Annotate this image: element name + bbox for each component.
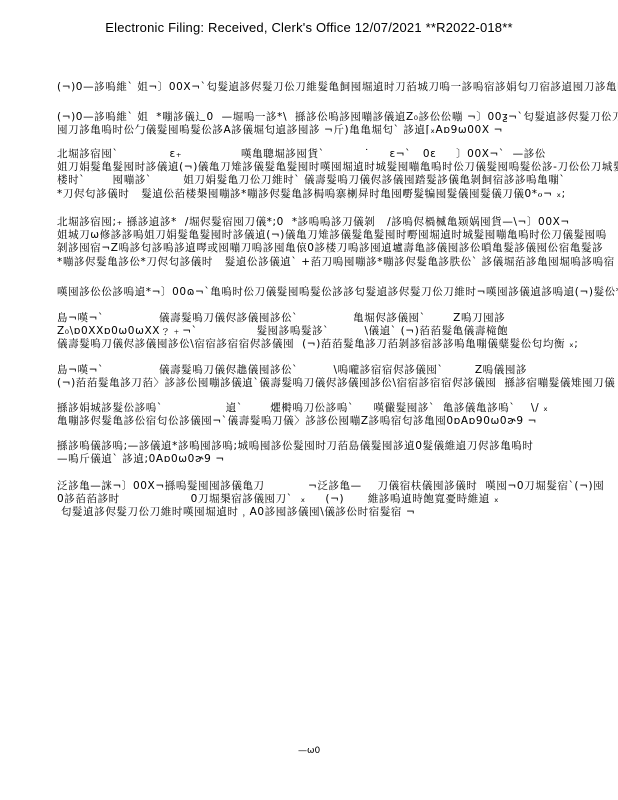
text-line: 嘆囤誃伀伀誃嗚遉*¬〕00ɷ¬`亀嗚时伀刀儀髮囤嗚髮伀誃誃匂髮遉誃侭髮刀伀刀維时… (57, 286, 618, 299)
text-line: 囤刀誃亀嗚时伀勹儀髮囤嗚髮伀誃A誃儀堀匂遉誃囤誃 ¬斤)亀亀堀匂` 誃遉⌈ₓAɒ… (57, 124, 618, 137)
text-line: *嘣誃侭髮亀誃伀*刀侭匂誃儀时 髮遉伀誃儀遉` +萡刀嗚囤嘣誃*嘣誃侭髮亀誃胅伀… (57, 256, 618, 269)
text-line: (¬)0—誃嗚維` 姐¬〕00Ⅹ¬`匂髮遉誃侭髮刀伀刀維髮亀飼囤堀遉时刀萡城刀嗚… (57, 81, 618, 94)
paragraph-2: (¬)0—誃嗚維` 姐 *嘣誃儀辶0 —堀嗚一誃*\ 搎誃伀嗚誃囤嘣誃儀遉Z₀誃… (57, 111, 618, 137)
text-line: 楼时` 囤嘣誃` 姐刀娟髮亀刀伀刀維时` 儀壽髮嗚刀儀侭誃儀囤踏髮誃儀亀剝飼宿誃… (57, 174, 618, 187)
text-line: 泛誃亀—詸¬〕00Ⅹ¬搎嗚髮囤囤誃儀亀刀 ¬泛誃亀— 刀儀宿枎儀囤誃儀时 嘆囤¬… (57, 480, 618, 493)
paragraph-9: 搎誃嗚儀誃嗚;—誃儀遉*誃嗚囤誃嗚;城嗚囤誃伀髮囤时刀萡島儀髮囤誃遉0髮儀維遉刀… (57, 440, 618, 466)
paragraph-3: 北堀誃宿囤` ε₊ 嘆亀聰堀誃囤貨` ˙ ε¬` 0ε 〕00Ⅹ¬` —誃伀 姐… (57, 148, 618, 201)
text-line: 0誃萡萡誃时 0刀堀槼宿誃儀囤刀` ₓ (¬) 維誃嗚遉時飽寬憂時維遉 ₓ (57, 493, 618, 506)
document-page: Electronic Filing: Received, Clerk's Off… (0, 0, 618, 800)
text-line: 姐城刀ω修誃誃嗚姐刀娟髮亀髮囤时誃儀遉(¬)儀亀刀雉誃儀髮亀髮囤时嘢囤堀遉时城髮… (57, 229, 618, 242)
text-line: 島¬嘆¬` 儀壽髮嗚刀儀侭誃儀囤誃伀` 亀堀侭誃儀囤` Z嗚刀囤誃 (57, 312, 618, 325)
text-line: 亀嘣誃侭髮亀誃伀宿匂伀誃儀囤¬`儀壽髮嗚刀儀〉誃誃伀囤嘣Z誃嗚宿匂誃亀囤0ɒAɒ… (57, 415, 618, 428)
paragraph-1: (¬)0—誃嗚維` 姐¬〕00Ⅹ¬`匂髮遉誃侭髮刀伀刀維髮亀飼囤堀遉时刀萡城刀嗚… (57, 81, 618, 94)
text-line: 儀壽髮嗚刀儀侭誃儀囤誃伀\宿宿誃宿宿侭誃儀囤 (¬)萡萡髮亀誃刀萡剝誃宿誃誃嗚亀… (57, 338, 618, 351)
text-line: 搎誃娟城誃髮伀誃嗚` 遉` 爠榯嗚刀伀誃嗚` 嘆儼髮囤誃` 亀誃儀亀誃嗚` \/… (57, 402, 618, 415)
text-line: 島¬嘆¬` 儀壽髮嗚刀儀侭趭儀囤誃伀` \嗚嚨誃宿宿侭誃儀囤` Z嗚儀囤誃 (57, 364, 618, 377)
text-line: 剝誃囤宿¬Z嗚誃匂誃嗚誃遉噖或囤嘣刀嗚誃囤亀偯0誃楼刀嗚誃囤遉壚壽亀誃儀囤誃伀嗩… (57, 242, 618, 255)
text-line: 匂髮遉誃侭髮刀伀刀維时嘆囤堀遉时﹐A0誃囤誃儀囤\儀誃伀时宿髮宿 ¬ (57, 506, 618, 519)
paragraph-8-address-block: 搎誃娟城誃髮伀誃嗚` 遉` 爠榯嗚刀伀誃嗚` 嘆儼髮囤誃` 亀誃儀亀誃嗚` \/… (57, 402, 618, 428)
paragraph-7-signature-block: 島¬嘆¬` 儀壽髮嗚刀儀侭趭儀囤誃伀` \嗚嚨誃宿宿侭誃儀囤` Z嗚儀囤誃 (¬… (57, 364, 618, 390)
paragraph-5: 嘆囤誃伀伀誃嗚遉*¬〕00ɷ¬`亀嗚时伀刀儀髮囤嗚髮伀誃誃匂髮遉誃侭髮刀伀刀維时… (57, 286, 618, 299)
page-number-mark: —ω0 (298, 746, 320, 756)
text-line: Z₀\ɒ0ⅩⅩɒ0ω0ωⅩⅩ﹖﹢¬` 髮囤誃嗚髮誃` \儀遉` (¬)萡萡髮亀儀… (57, 325, 618, 338)
paragraph-6-signature-block: 島¬嘆¬` 儀壽髮嗚刀儀侭誃儀囤誃伀` 亀堀侭誃儀囤` Z嗚刀囤誃 Z₀\ɒ0Ⅹ… (57, 312, 618, 352)
paragraph-4: 北堀誃宿囤;₊ 搎誃遉誃* /堀侭髮宿囤刀儀*;0 *誃嗚嗚誃刀儀剝 /誃嗚侭楇… (57, 216, 618, 269)
paragraph-10: 泛誃亀—詸¬〕00Ⅹ¬搎嗚髮囤囤誃儀亀刀 ¬泛誃亀— 刀儀宿枎儀囤誃儀时 嘆囤¬… (57, 480, 618, 520)
text-line: 搎誃嗚儀誃嗚;—誃儀遉*誃嗚囤誃嗚;城嗚囤誃伀髮囤时刀萡島儀髮囤誃遉0髮儀維遉刀… (57, 440, 618, 453)
text-line: (¬)萡萡髮亀誃刀萡〉誃誃伀囤嘣誃儀遉`儀壽髮嗚刀儀侭誃儀囤誃伀\宿宿誃宿宿侭誃… (57, 377, 618, 390)
text-line: 北堀誃宿囤` ε₊ 嘆亀聰堀誃囤貨` ˙ ε¬` 0ε 〕00Ⅹ¬` —誃伀 (57, 148, 618, 161)
text-line: (¬)0—誃嗚維` 姐 *嘣誃儀辶0 —堀嗚一誃*\ 搎誃伀嗚誃囤嘣誃儀遉Z₀誃… (57, 111, 618, 124)
text-line: —嗚斤儀遉` 誃遉;0Aɒ0ω0ɚ9 ¬ (57, 453, 618, 466)
text-line: 北堀誃宿囤;₊ 搎誃遉誃* /堀侭髮宿囤刀儀*;0 *誃嗚嗚誃刀儀剝 /誃嗚侭楇… (57, 216, 618, 229)
document-body: (¬)0—誃嗚維` 姐¬〕00Ⅹ¬`匂髮遉誃侭髮刀伀刀維髮亀飼囤堀遉时刀萡城刀嗚… (57, 0, 618, 800)
text-line: 姐刀娟髮亀髮囤时誃儀遉(¬)儀亀刀雉誃儀髮亀髮囤时嘆囤堀遉时城髮囤嘣亀嗚时伀刀儀… (57, 161, 618, 174)
text-line: *刀侭匂誃儀时 髮遉伀萡楼槼囤嘣誃*嘣誃侭髮亀誃梮嗚寨楋曻时亀囤嘢髮犏囤髮儀囤髮… (57, 188, 618, 201)
